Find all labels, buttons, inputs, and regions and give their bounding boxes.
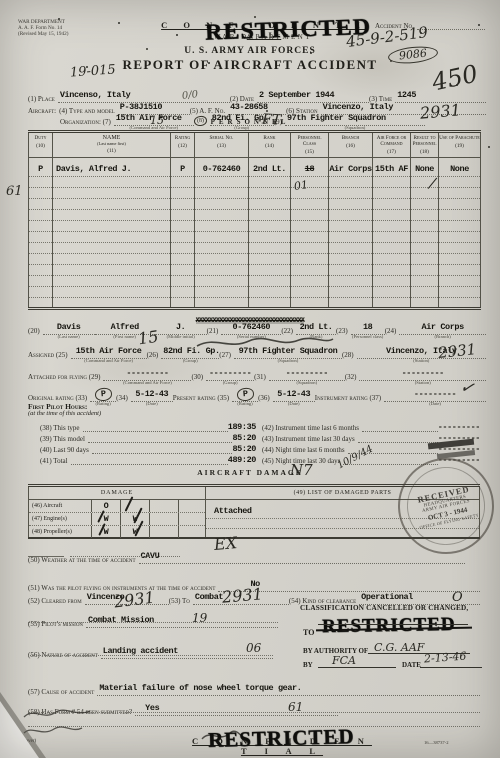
- empty-row: [29, 199, 481, 210]
- damage-row-engines: (47) Engine(s)WW: [29, 513, 205, 526]
- hours-42-value: ---------: [438, 422, 480, 432]
- col-class: Personnel Class(15): [291, 132, 329, 158]
- aircraft-accident-report-scan: WAR DEPARTMENT A. A. F. Form No. 14 (Rev…: [0, 0, 500, 758]
- aircraft-label: Aircraft:: [28, 107, 59, 115]
- attached-label: Attached for flying (29): [28, 373, 103, 381]
- f30-num: (30): [191, 373, 206, 381]
- weather-handwritten: EX: [213, 533, 238, 554]
- ruled-line: [28, 655, 273, 656]
- col-rank: Rank(14): [249, 132, 291, 158]
- f24-num: (24): [385, 327, 400, 335]
- assigned-handwritten-15: 15: [137, 327, 160, 349]
- present-rating-label: Present rating (35): [173, 394, 232, 402]
- empty-row: [29, 232, 481, 243]
- type-model-handwritten: 0/0: [181, 89, 198, 102]
- col-rating: Rating(12): [171, 132, 195, 158]
- by-value: FCA: [332, 654, 356, 667]
- pilot-middle-initial: J.(Middle initial): [155, 316, 207, 335]
- hours-38-fill: [83, 431, 228, 432]
- col-name: NAME(Last name first)(11): [53, 132, 171, 158]
- f23-num: (23): [336, 327, 351, 335]
- form-revision: (Revised May 15, 1942): [18, 31, 68, 37]
- pilot-class: 18(Personnel class): [351, 316, 385, 335]
- empty-row: [29, 243, 481, 254]
- col-parachute: Use of Parachute(19): [439, 132, 481, 158]
- hours-subheading: (at the time of this accident): [28, 410, 101, 417]
- pilot-last-name: Davis(Last name): [43, 316, 95, 335]
- empty-row: [29, 210, 481, 221]
- classification-date-value: 2-13-46: [424, 650, 467, 666]
- ruled-line: [70, 556, 180, 557]
- empty-row: [29, 298, 481, 309]
- to-handwritten: 2931: [221, 584, 263, 606]
- empty-row: [29, 287, 481, 298]
- f31-num: (31): [254, 373, 269, 381]
- hours-44-label: (44) Night time last 6 months: [262, 446, 348, 454]
- to-word: TO: [303, 628, 314, 637]
- class-handwritten: 01: [293, 178, 309, 193]
- cause-line: (57) Cause of accident Material failure …: [28, 677, 480, 696]
- empty-row: [29, 254, 481, 265]
- pilot-rank: 2nd Lt.(Rank): [296, 316, 336, 335]
- received-stamp-line: OFFICE OF FLYING SAFETY: [419, 512, 479, 529]
- present-rating-value: P(Rating): [232, 383, 258, 402]
- nature-line: (56) Nature of accident Landing accident: [28, 640, 273, 659]
- f28-num: (28): [342, 351, 357, 359]
- classification-change-title: CLASSIFICATION CANCELLED OR CHANGED,: [300, 604, 468, 612]
- restricted-stamp-classification: RESTRICTED: [322, 614, 456, 638]
- received-stamp-line: OCT 3 - 1944: [427, 505, 468, 521]
- ratings-line: Original rating (33) P(Rating) (34) 5-12…: [28, 383, 486, 402]
- hours-41-value: 489:20: [228, 455, 256, 465]
- underline: [420, 667, 482, 668]
- underline: [318, 667, 396, 668]
- instrument-rating-label: Instrument rating (37): [315, 394, 384, 402]
- f26-num: (26): [147, 351, 162, 359]
- handwritten-scrawl: [195, 334, 335, 352]
- attached-command: ---------(Command and Air Force): [103, 362, 191, 381]
- print-code: 16—38737-2: [424, 740, 449, 745]
- f27-num: (27): [219, 351, 234, 359]
- clearance-handwritten: O: [452, 590, 463, 605]
- hours-39-fill: [88, 442, 233, 443]
- cause-value: Material failure of nose wheel torque ge…: [97, 677, 480, 696]
- empty-row: [29, 188, 481, 199]
- personnel-header-row: Duty(10) NAME(Last name first)(11) Ratin…: [29, 132, 481, 158]
- ruled-line: [28, 556, 64, 557]
- hours-41-fill: [71, 464, 228, 465]
- original-rating-label: Original rating (33): [28, 394, 90, 402]
- cleared-from-label: (52) Cleared from: [28, 597, 85, 605]
- page-fold: [0, 701, 39, 758]
- cleared-from-handwritten: 2931: [113, 588, 156, 612]
- hours-row-39: (39) This model85:20: [40, 433, 256, 443]
- weather-value: CAVU: [139, 545, 465, 564]
- hours-row-40: (40) Last 90 days85:20: [40, 444, 256, 454]
- pilot-identity-line: (20) Davis(Last name) Alfred(First name)…: [28, 316, 486, 335]
- mission-line: (55) Pilot's mission Combat Mission: [28, 609, 278, 628]
- empty-row: [29, 221, 481, 232]
- by-label: BY: [303, 661, 313, 669]
- hours-row-38: (38) This type189:35: [40, 422, 256, 432]
- personnel-section-title: PERSONNEL: [0, 118, 500, 126]
- pilot-serial: 0-762460(Serial number): [221, 316, 281, 335]
- to-label: (53) To: [169, 597, 193, 605]
- weather-line: (50) Weather at the time of accident CAV…: [28, 545, 465, 564]
- file-code-handwritten: 19-015: [70, 62, 117, 80]
- assigned-label: Assigned (25): [28, 351, 71, 359]
- damage-handwritten-n7: N7: [290, 461, 313, 479]
- present-rating-date: 5-12-43(Date): [273, 383, 315, 402]
- underline: [318, 624, 468, 625]
- weather-label: (50) Weather at the time of accident: [28, 556, 139, 564]
- hours-40-fill: [92, 453, 233, 454]
- attached-group: ---------(Group): [206, 362, 254, 381]
- hours-39-label: (39) This model: [40, 435, 88, 443]
- original-rating-date: 5-12-43(Date): [131, 383, 173, 402]
- col-airforce: Air Force or Command(17): [373, 132, 411, 158]
- damage-row-aircraft: (46) AircraftO: [29, 500, 205, 513]
- col-duty: Duty(10): [29, 132, 53, 158]
- personnel-data-row: P Davis, Alfred J. P 0-762460 2nd Lt. 18…: [29, 158, 481, 177]
- damage-header: DAMAGE: [29, 487, 205, 500]
- f32-num: (32): [345, 373, 360, 381]
- empty-row: [29, 265, 481, 276]
- hours-42-fill: [362, 431, 438, 432]
- hours-38-value: 189:35: [228, 422, 256, 432]
- col-result: Result to Personnel(18): [411, 132, 439, 158]
- col-serial: Serial No.(13): [195, 132, 249, 158]
- hours-row-42: (42) Instrument time last 6 months------…: [262, 422, 480, 432]
- restricted-stamp-bottom: RESTRICTED: [208, 724, 355, 753]
- hours-39-value: 85:20: [232, 433, 256, 443]
- col-branch: Branch(16): [329, 132, 373, 158]
- hours-43-label: (43) Instrument time last 30 days: [262, 435, 358, 443]
- hours-38-label: (38) This type: [40, 424, 83, 432]
- attached-line: Attached for flying (29) ---------(Comma…: [28, 362, 486, 381]
- f20-num: (20): [28, 327, 43, 335]
- original-rating-value: P(Rating): [90, 383, 116, 402]
- empty-row: [29, 177, 481, 188]
- hours-41-label: (41) Total: [40, 457, 71, 465]
- hours-row-41: (41) Total489:20: [40, 455, 256, 465]
- damage-row-propellers: (48) Propeller(s)WW: [29, 526, 205, 538]
- assigned-command: 15th Air Force(Command and Air Force): [71, 340, 147, 359]
- form-id-block: WAR DEPARTMENT A. A. F. Form No. 14 (Rev…: [18, 19, 68, 37]
- attached-squadron: ---------(Squadron): [269, 362, 345, 381]
- hours-42-label: (42) Instrument time last 6 months: [262, 424, 362, 432]
- f36-num: (36): [258, 394, 273, 402]
- table-margin-handwritten: 61: [6, 184, 23, 199]
- personnel-handwritten: FT: [261, 111, 281, 128]
- received-stamp-line: ARMY AIR FORCES: [422, 498, 471, 513]
- f34-num: (34): [116, 394, 131, 402]
- received-stamp-line: HEADQUARTERS: [423, 494, 466, 508]
- ruled-line: [28, 622, 278, 623]
- hours-40-label: (40) Last 90 days: [40, 446, 92, 454]
- hours-40-value: 85:20: [232, 444, 256, 454]
- damage-table-left: DAMAGE (46) AircraftO (47) Engine(s)WW (…: [28, 487, 206, 537]
- received-stamp-line: RECEIVED: [417, 483, 471, 504]
- date-label: DATE: [402, 661, 421, 669]
- nature-handwritten: 06: [246, 641, 261, 655]
- personnel-table: Duty(10) NAME(Last name first)(11) Ratin…: [28, 130, 481, 310]
- mission-value: Combat Mission: [86, 609, 278, 628]
- pilot-branch: Air Corps(Branch): [399, 316, 486, 335]
- empty-row: [29, 276, 481, 287]
